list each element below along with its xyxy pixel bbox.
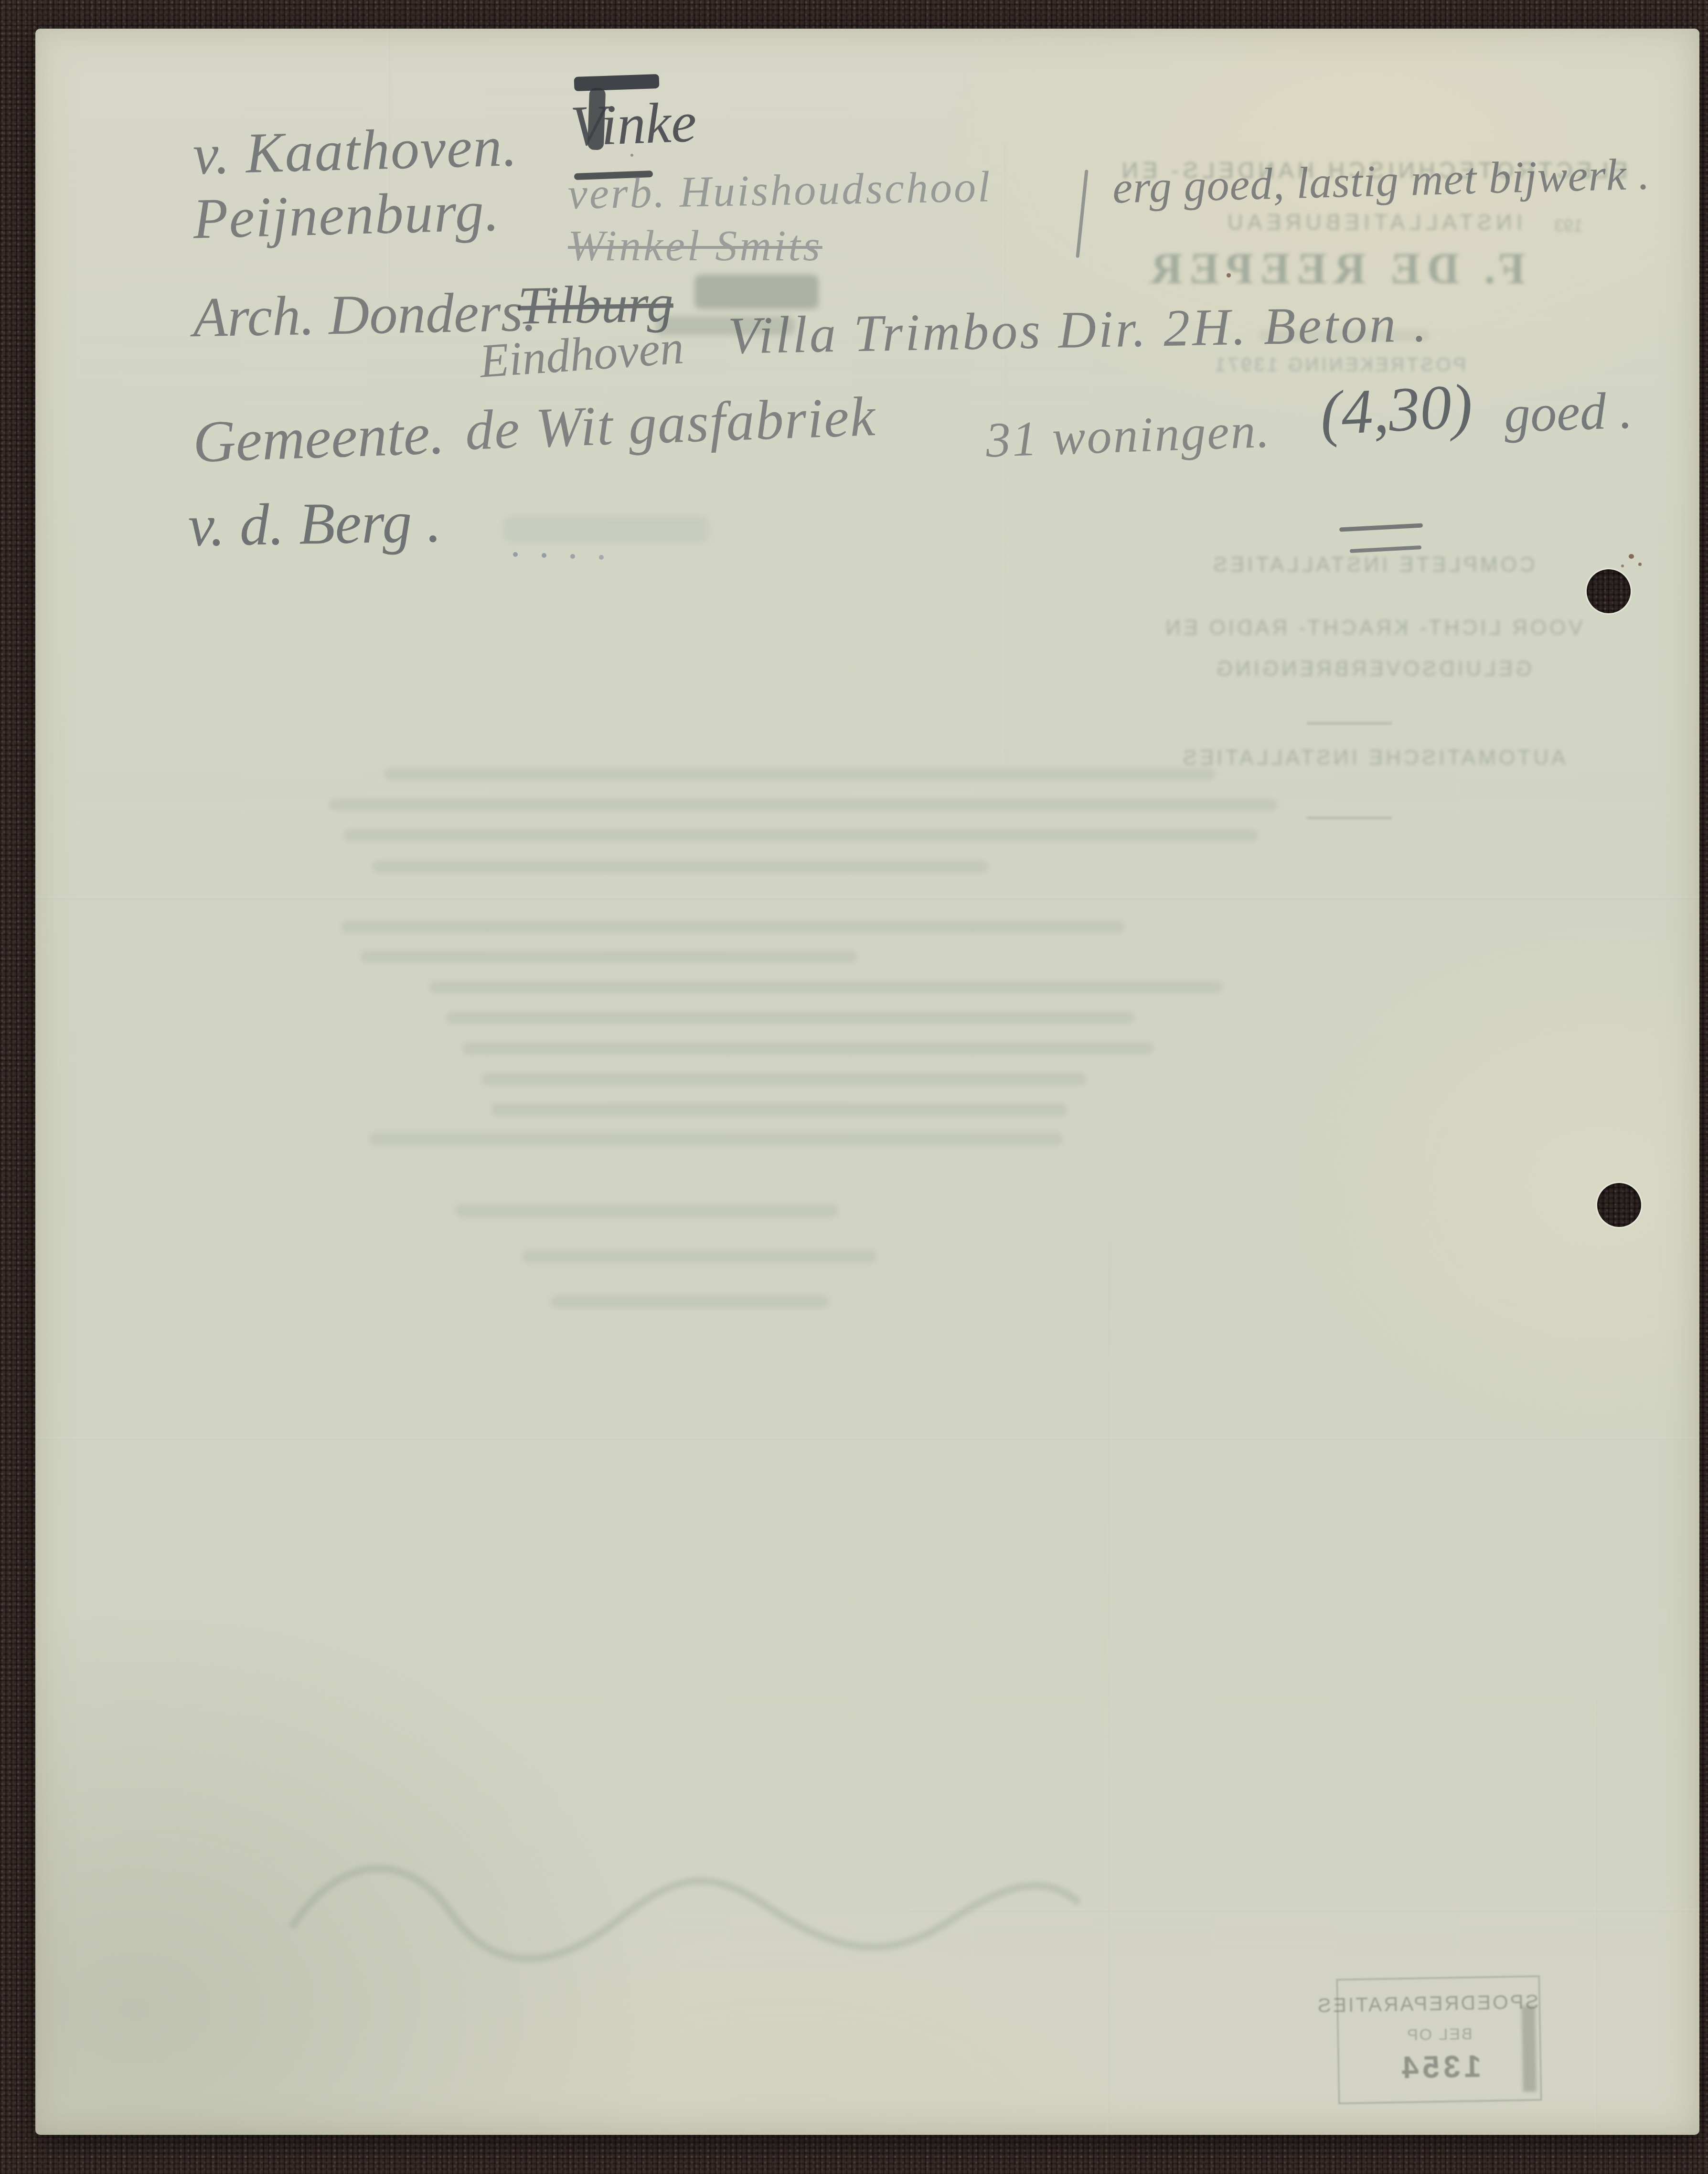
fold-crease-horizontal-2 xyxy=(35,1438,1699,1439)
bleedthrough-typed-line xyxy=(360,950,857,963)
fold-crease-vertical-lower xyxy=(1107,1242,1109,2135)
stamp-number: 1354 xyxy=(1339,2047,1540,2086)
fold-crease-horizontal-3 xyxy=(909,1909,1699,1911)
ink-blot-bar xyxy=(574,74,660,91)
handwriting-row4-detail: de Wit gasfabriek xyxy=(464,388,876,459)
double-underline-1 xyxy=(1339,523,1423,532)
handwriting-row1-note: Vinke xyxy=(569,93,697,155)
fold-crease-vertical-right xyxy=(1595,1700,1597,2135)
bleedthrough-typed-line xyxy=(329,799,1277,811)
punch-hole-top xyxy=(1587,569,1631,613)
bleedthrough-typed-line xyxy=(551,1295,828,1308)
bleedthrough-bold-block xyxy=(694,275,819,309)
handwriting-row2-name: Peijnenburg. xyxy=(192,182,501,248)
bleedthrough-giro-line: POSTREKENING 13971 xyxy=(1134,354,1545,376)
bleedthrough-typed-line xyxy=(372,861,988,873)
fold-crease-vertical-top-left xyxy=(388,31,390,298)
handwriting-row1-name: v. Kaathoven. xyxy=(192,117,519,183)
bleedthrough-scrawl xyxy=(265,1824,1100,1982)
punch-hole-bottom xyxy=(1597,1183,1641,1227)
bleedthrough-rule-bottom xyxy=(1307,817,1392,819)
handwriting-row5-name: v. d. Berg . xyxy=(188,492,442,555)
stamp-dark-streak xyxy=(1522,2005,1537,2091)
double-underline-2 xyxy=(1350,545,1421,553)
rust-speck xyxy=(1629,554,1634,559)
rust-speck xyxy=(630,154,633,157)
handwriting-row3-detail: Villa Trimbos Dir. 2H. Beton . xyxy=(727,297,1430,362)
stamp-line2: BEL OP xyxy=(1339,2024,1540,2046)
fold-crease-vertical-center xyxy=(1003,143,1005,764)
document-page: ELECTROTECHNISCH HANDELS- EN INSTALLATIE… xyxy=(35,29,1699,2135)
bleedthrough-typed-line xyxy=(341,921,1124,933)
bleedthrough-stamp-content: SPOEDREPARATIES BEL OP 1354 xyxy=(1338,1977,1540,2102)
bleedthrough-typed-line xyxy=(429,981,1222,993)
bleedthrough-services-line2: VOOR LICHT- KRACHT- RADIO EN xyxy=(1110,616,1635,640)
bleedthrough-typed-line xyxy=(343,829,1258,842)
bleedthrough-typed-line xyxy=(523,1250,876,1263)
bleedthrough-services-line4: AUTOMATISCHE INSTALLATIES xyxy=(1110,746,1635,770)
bleedthrough-stamp-box: SPOEDREPARATIES BEL OP 1354 xyxy=(1336,1975,1542,2104)
bleedthrough-date-fragment: 193 xyxy=(1506,216,1631,236)
blue-smudge xyxy=(503,516,709,543)
bleedthrough-typed-line xyxy=(491,1103,1067,1116)
fold-crease-horizontal-1 xyxy=(35,897,1699,899)
handwriting-row3-place: Eindhoven xyxy=(478,323,685,385)
rust-speck xyxy=(1227,273,1231,277)
bleedthrough-typed-line xyxy=(456,1204,838,1217)
handwriting-row2-detail2: Winkel Smits xyxy=(568,224,822,267)
rust-speck xyxy=(1638,563,1642,566)
handwriting-row4-count: 31 woningen. xyxy=(985,406,1271,466)
rust-speck xyxy=(1621,565,1624,567)
bleedthrough-services-line1: COMPLETE INSTALLATIES xyxy=(1110,553,1635,577)
bleedthrough-typed-line xyxy=(446,1012,1134,1024)
dotted-underline-wit xyxy=(513,552,518,557)
bleedthrough-services-line3: GELUIDSOVERBRENGING xyxy=(1110,657,1635,681)
handwriting-row4-name: Gemeente. xyxy=(192,404,446,472)
handwriting-row4-price: (4,30) xyxy=(1319,374,1474,446)
stamp-line1: SPOEDREPARATIES xyxy=(1338,1990,1539,2016)
bleedthrough-typed-line xyxy=(463,1042,1153,1055)
bleedthrough-company-name: F. DE REEPER xyxy=(1081,243,1588,294)
scan-background: { "hw": { "row1_name": "v. Kaathoven.", … xyxy=(0,0,1708,2174)
bleedthrough-rule-top xyxy=(1307,722,1392,725)
bleedthrough-typed-line xyxy=(482,1073,1086,1085)
handwriting-row4-verdict: goed . xyxy=(1503,384,1633,440)
bleedthrough-typed-line xyxy=(384,768,1215,780)
bleedthrough-typed-line xyxy=(370,1133,1062,1145)
handwriting-row2-detail1: verb. Huishoudschool xyxy=(567,164,992,215)
